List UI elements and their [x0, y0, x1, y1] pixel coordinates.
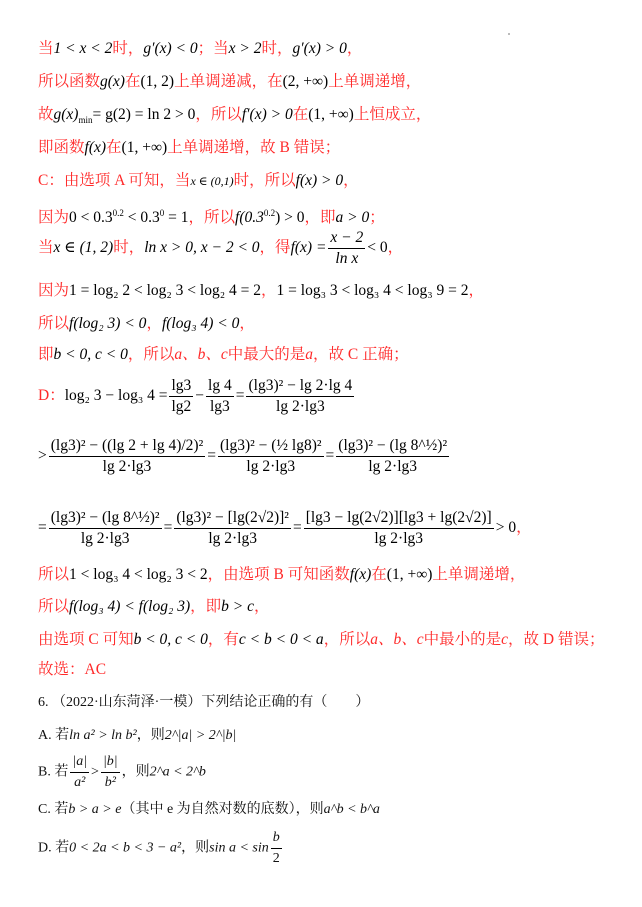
math: < 0 [367, 239, 387, 256]
math: a、b、c [370, 631, 423, 648]
text: （其中 e 为自然对数的底数），则 [121, 802, 323, 817]
fraction: (lg3)² − (lg 8^½)²lg 2·lg3 [49, 508, 162, 549]
fraction: (lg3)² − [lg(2√2)]²lg 2·lg3 [174, 508, 291, 549]
math: g(x) [100, 73, 125, 90]
math: (1, +∞) [308, 106, 354, 123]
math: 1 < x < 2 [54, 40, 113, 57]
text: 在 [106, 139, 122, 156]
fraction: lg 4lg3 [206, 376, 234, 417]
denominator: 2 [271, 849, 282, 869]
option-label: C. [38, 802, 51, 817]
text: ，则 [137, 728, 165, 743]
math: 1 = log₃ 3 < log₃ 4 < log₃ 9 = 2 [277, 282, 469, 299]
fraction: b2 [271, 828, 282, 869]
math: (1, +∞) [387, 566, 433, 583]
text: ，所以 [324, 631, 371, 648]
text: ；当 [198, 40, 229, 57]
text: 因为 [38, 209, 69, 226]
scan-speck [508, 33, 510, 35]
text: ， [254, 598, 270, 615]
text: 若 [54, 765, 68, 780]
fraction: lg3lg2 [169, 376, 193, 417]
solution-line-4: 即函数f(x)在(1, +∞)上单调递增，故 B 错误； [38, 138, 340, 158]
math: > [91, 765, 99, 780]
math: f(log₃ 4) < 0 [162, 315, 239, 332]
text: ，即 [305, 209, 336, 226]
math: g(x) [54, 106, 79, 123]
text: 当 [38, 239, 54, 256]
math: f(log₂ 3) < 0 [69, 315, 146, 332]
math: f(log₃ 4) < f(log₂ 3) [69, 598, 190, 615]
text: ， [388, 239, 404, 256]
numerator: |b| [101, 752, 120, 773]
denominator: b² [101, 773, 120, 793]
numerator: (lg3)² − (lg 8^½)² [49, 508, 162, 529]
denominator: ln x [328, 249, 365, 269]
numerator: (lg3)² − lg 2·lg 4 [246, 376, 354, 397]
numerator: [lg3 − lg(2√2)][lg3 + lg(2√2)] [304, 508, 494, 529]
math: g′(x) > 0 [293, 40, 347, 57]
text: 所以 [38, 598, 69, 615]
math: 0 < 0.3 [69, 209, 113, 226]
math: = 1 [164, 209, 188, 226]
denominator: lg 2·lg3 [246, 397, 354, 417]
text: ，由选项 B 可知函数 [208, 566, 350, 583]
text: ，故 C 正确； [313, 346, 409, 363]
denominator: lg 2·lg3 [174, 529, 291, 549]
math: a、b、c [174, 346, 227, 363]
solution-line-9: 所以f(log₂ 3) < 0，f(log₃ 4) < 0， [38, 314, 255, 334]
text: 上单调递增， [432, 566, 525, 583]
option-b: B. 若|a|a²>|b|b²，则2^a < 2^b [38, 752, 206, 793]
math: (1, +∞) [122, 139, 168, 156]
fraction: (lg3)² − lg 2·lg 4lg 2·lg3 [246, 376, 354, 417]
numerator: (lg3)² − (½ lg8)² [218, 436, 324, 457]
math: x ∈ (1, 2) [54, 239, 114, 256]
math: x ∈ (0,1) [190, 174, 233, 188]
math: f(0.3 [235, 209, 264, 226]
solution-line-3: 故g(x)min= g(2) = ln 2 > 0，所以f′(x) > 0在(1… [38, 105, 431, 130]
text: ， [146, 315, 162, 332]
fraction: (lg3)² − (½ lg8)²lg 2·lg3 [218, 436, 324, 477]
text: D： [38, 387, 65, 404]
denominator: a² [70, 773, 89, 793]
text: 在 [125, 73, 141, 90]
solution-line-8: 因为1 = log₂ 2 < log₂ 3 < log₂ 4 = 2，1 = l… [38, 281, 484, 301]
option-c: C. 若b > a > e（其中 e 为自然对数的底数），则a^b < b^a [38, 800, 380, 820]
option-label: B. [38, 765, 51, 780]
math: c < b < 0 < a [239, 631, 324, 648]
option-label: A. [38, 728, 52, 743]
text: ； [369, 209, 385, 226]
text: 6. （2022·山东菏泽·一模）下列结论正确的有（ ） [38, 695, 369, 710]
fraction: [lg3 − lg(2√2)][lg3 + lg(2√2)]lg 2·lg3 [304, 508, 494, 549]
text: 当 [38, 40, 54, 57]
math: a > 0 [336, 209, 370, 226]
option-label: D. [38, 841, 52, 856]
text: ， [469, 282, 485, 299]
math: f′(x) > 0 [242, 106, 293, 123]
denominator: lg 2·lg3 [49, 457, 205, 477]
math: x > 2 [229, 40, 262, 57]
math: < 0.3 [124, 209, 160, 226]
math: f(x) = [291, 239, 327, 256]
text: ， [347, 40, 363, 57]
solution-line-7: 当x ∈ (1, 2)时，ln x > 0, x − 2 < 0，得f(x) =… [38, 228, 403, 269]
math-sup: 0.2 [113, 208, 124, 218]
math: f(x) [85, 139, 107, 156]
math: a [305, 346, 313, 363]
text: 由选项 C 可知 [38, 631, 134, 648]
text: C：由选项 A 可知，当 [38, 172, 190, 189]
fraction: x − 2ln x [328, 228, 365, 269]
numerator: lg 4 [206, 376, 234, 397]
solution-line-12: >(lg3)² − ((lg 2 + lg 4)/2)²lg 2·lg3=(lg… [38, 436, 451, 477]
math: = [236, 387, 245, 404]
fraction: |b|b² [101, 752, 120, 793]
solution-line-6: 因为0 < 0.30.2 < 0.30 = 1，所以f(0.30.2) > 0，… [38, 203, 385, 228]
text: ， [343, 172, 359, 189]
math: a^b < b^a [324, 802, 380, 817]
text: 若 [54, 802, 68, 817]
solution-line-13: =(lg3)² − (lg 8^½)²lg 2·lg3=(lg3)² − [lg… [38, 508, 532, 549]
numerator: |a| [70, 752, 89, 773]
math: f(x) > 0 [296, 172, 343, 189]
numerator: x − 2 [328, 228, 365, 249]
text: 上单调递增， [328, 73, 421, 90]
math: = [207, 447, 216, 464]
text: 时， [112, 40, 143, 57]
numerator: lg3 [169, 376, 193, 397]
denominator: lg2 [169, 397, 193, 417]
solution-line-2: 所以函数g(x)在(1, 2)上单调递减，在(2, +∞)上单调递增， [38, 72, 421, 92]
math: ln x > 0, x − 2 < 0 [144, 239, 259, 256]
fraction: |a|a² [70, 752, 89, 793]
text: ，所以 [128, 346, 175, 363]
math: c [501, 631, 508, 648]
math: > [38, 447, 47, 464]
text: ，即 [190, 598, 221, 615]
text: 故选：AC [38, 661, 106, 678]
text: ，得 [260, 239, 291, 256]
solution-line-16: 由选项 C 可知b < 0, c < 0，有c < b < 0 < a，所以a、… [38, 630, 604, 650]
math: > 0 [496, 519, 516, 536]
text: ，故 D 错误； [508, 631, 604, 648]
denominator: lg 2·lg3 [49, 529, 162, 549]
numerator: (lg3)² − ((lg 2 + lg 4)/2)² [49, 436, 205, 457]
text: 中最大的是 [228, 346, 306, 363]
math: (2, +∞) [283, 73, 329, 90]
math: = [164, 519, 173, 536]
text: ，所以 [189, 209, 236, 226]
math: − [195, 387, 204, 404]
solution-line-1: 当1 < x < 2时，g′(x) < 0；当x > 2时，g′(x) > 0， [38, 39, 362, 59]
numerator: (lg3)² − (lg 8^½)² [336, 436, 449, 457]
text: ，有 [208, 631, 239, 648]
solution-line-5: C：由选项 A 可知，当x ∈ (0,1)时，所以f(x) > 0， [38, 171, 359, 191]
text: ，则 [122, 765, 150, 780]
math: 0 < 2a < b < 3 − a² [69, 841, 181, 856]
text: 故 [38, 106, 54, 123]
text: 在 [293, 106, 309, 123]
solution-line-11: D：log₂ 3 − log₃ 4 =lg3lg2−lg 4lg3=(lg3)²… [38, 376, 356, 417]
text: 时， [262, 40, 293, 57]
numerator: b [271, 828, 282, 849]
math: b > a > e [68, 802, 121, 817]
option-d: D. 若0 < 2a < b < 3 − a²，则sin a < sinb2 [38, 828, 284, 869]
text: 中最小的是 [424, 631, 502, 648]
math: log₂ 3 − log₃ 4 = [65, 387, 168, 404]
final-answer: 故选：AC [38, 660, 106, 680]
question-stem: 6. （2022·山东菏泽·一模）下列结论正确的有（ ） [38, 693, 369, 713]
denominator: lg 2·lg3 [304, 529, 494, 549]
text: 即 [38, 346, 54, 363]
math: 1 = log₂ 2 < log₂ 3 < log₂ 4 = 2 [69, 282, 261, 299]
math: = [293, 519, 302, 536]
numerator: (lg3)² − [lg(2√2)]² [174, 508, 291, 529]
math: (1, 2) [140, 73, 174, 90]
math: 2^|a| > 2^|b| [165, 728, 237, 743]
text: 即函数 [38, 139, 85, 156]
text: ， [261, 282, 277, 299]
text: ， [239, 315, 255, 332]
math: f(x) [350, 566, 372, 583]
fraction: (lg3)² − ((lg 2 + lg 4)/2)²lg 2·lg3 [49, 436, 205, 477]
math: 2^a < 2^b [150, 765, 206, 780]
solution-line-10: 即b < 0, c < 0，所以a、b、c中最大的是a，故 C 正确； [38, 345, 409, 365]
math-sup: 0.2 [264, 208, 275, 218]
text: 上恒成立， [354, 106, 432, 123]
math-sub: min [78, 115, 92, 125]
option-a: A. 若ln a² > ln b²，则2^|a| > 2^|b| [38, 726, 236, 746]
math: g′(x) < 0 [143, 40, 197, 57]
solution-line-15: 所以f(log₃ 4) < f(log₂ 3)，即b > c， [38, 597, 270, 617]
text: 所以 [38, 315, 69, 332]
math: 1 < log₃ 4 < log₂ 3 < 2 [69, 566, 208, 583]
math: b < 0, c < 0 [54, 346, 128, 363]
text: 所以函数 [38, 73, 100, 90]
text: ， [516, 519, 532, 536]
math: = [38, 519, 47, 536]
text: 所以 [38, 566, 69, 583]
math: = g(2) = ln 2 > 0 [92, 106, 195, 123]
fraction: (lg3)² − (lg 8^½)²lg 2·lg3 [336, 436, 449, 477]
math: b < 0, c < 0 [134, 631, 208, 648]
text: 若 [55, 841, 69, 856]
math: sin a < sin [209, 841, 269, 856]
solution-line-14: 所以1 < log₃ 4 < log₂ 3 < 2，由选项 B 可知函数f(x)… [38, 565, 525, 585]
text: 上单调递增，故 B 错误； [167, 139, 340, 156]
text: ，所以 [195, 106, 242, 123]
text: 若 [55, 728, 69, 743]
math: ln a² > ln b² [69, 728, 137, 743]
text: 因为 [38, 282, 69, 299]
text: 时， [113, 239, 144, 256]
math: ) > 0 [275, 209, 304, 226]
denominator: lg 2·lg3 [336, 457, 449, 477]
text: 时，所以 [234, 172, 296, 189]
denominator: lg 2·lg3 [218, 457, 324, 477]
math: b > c [221, 598, 254, 615]
text: 在 [371, 566, 387, 583]
math: = [326, 447, 335, 464]
denominator: lg3 [206, 397, 234, 417]
text: ，则 [181, 841, 209, 856]
text: 上单调递减，在 [174, 73, 283, 90]
